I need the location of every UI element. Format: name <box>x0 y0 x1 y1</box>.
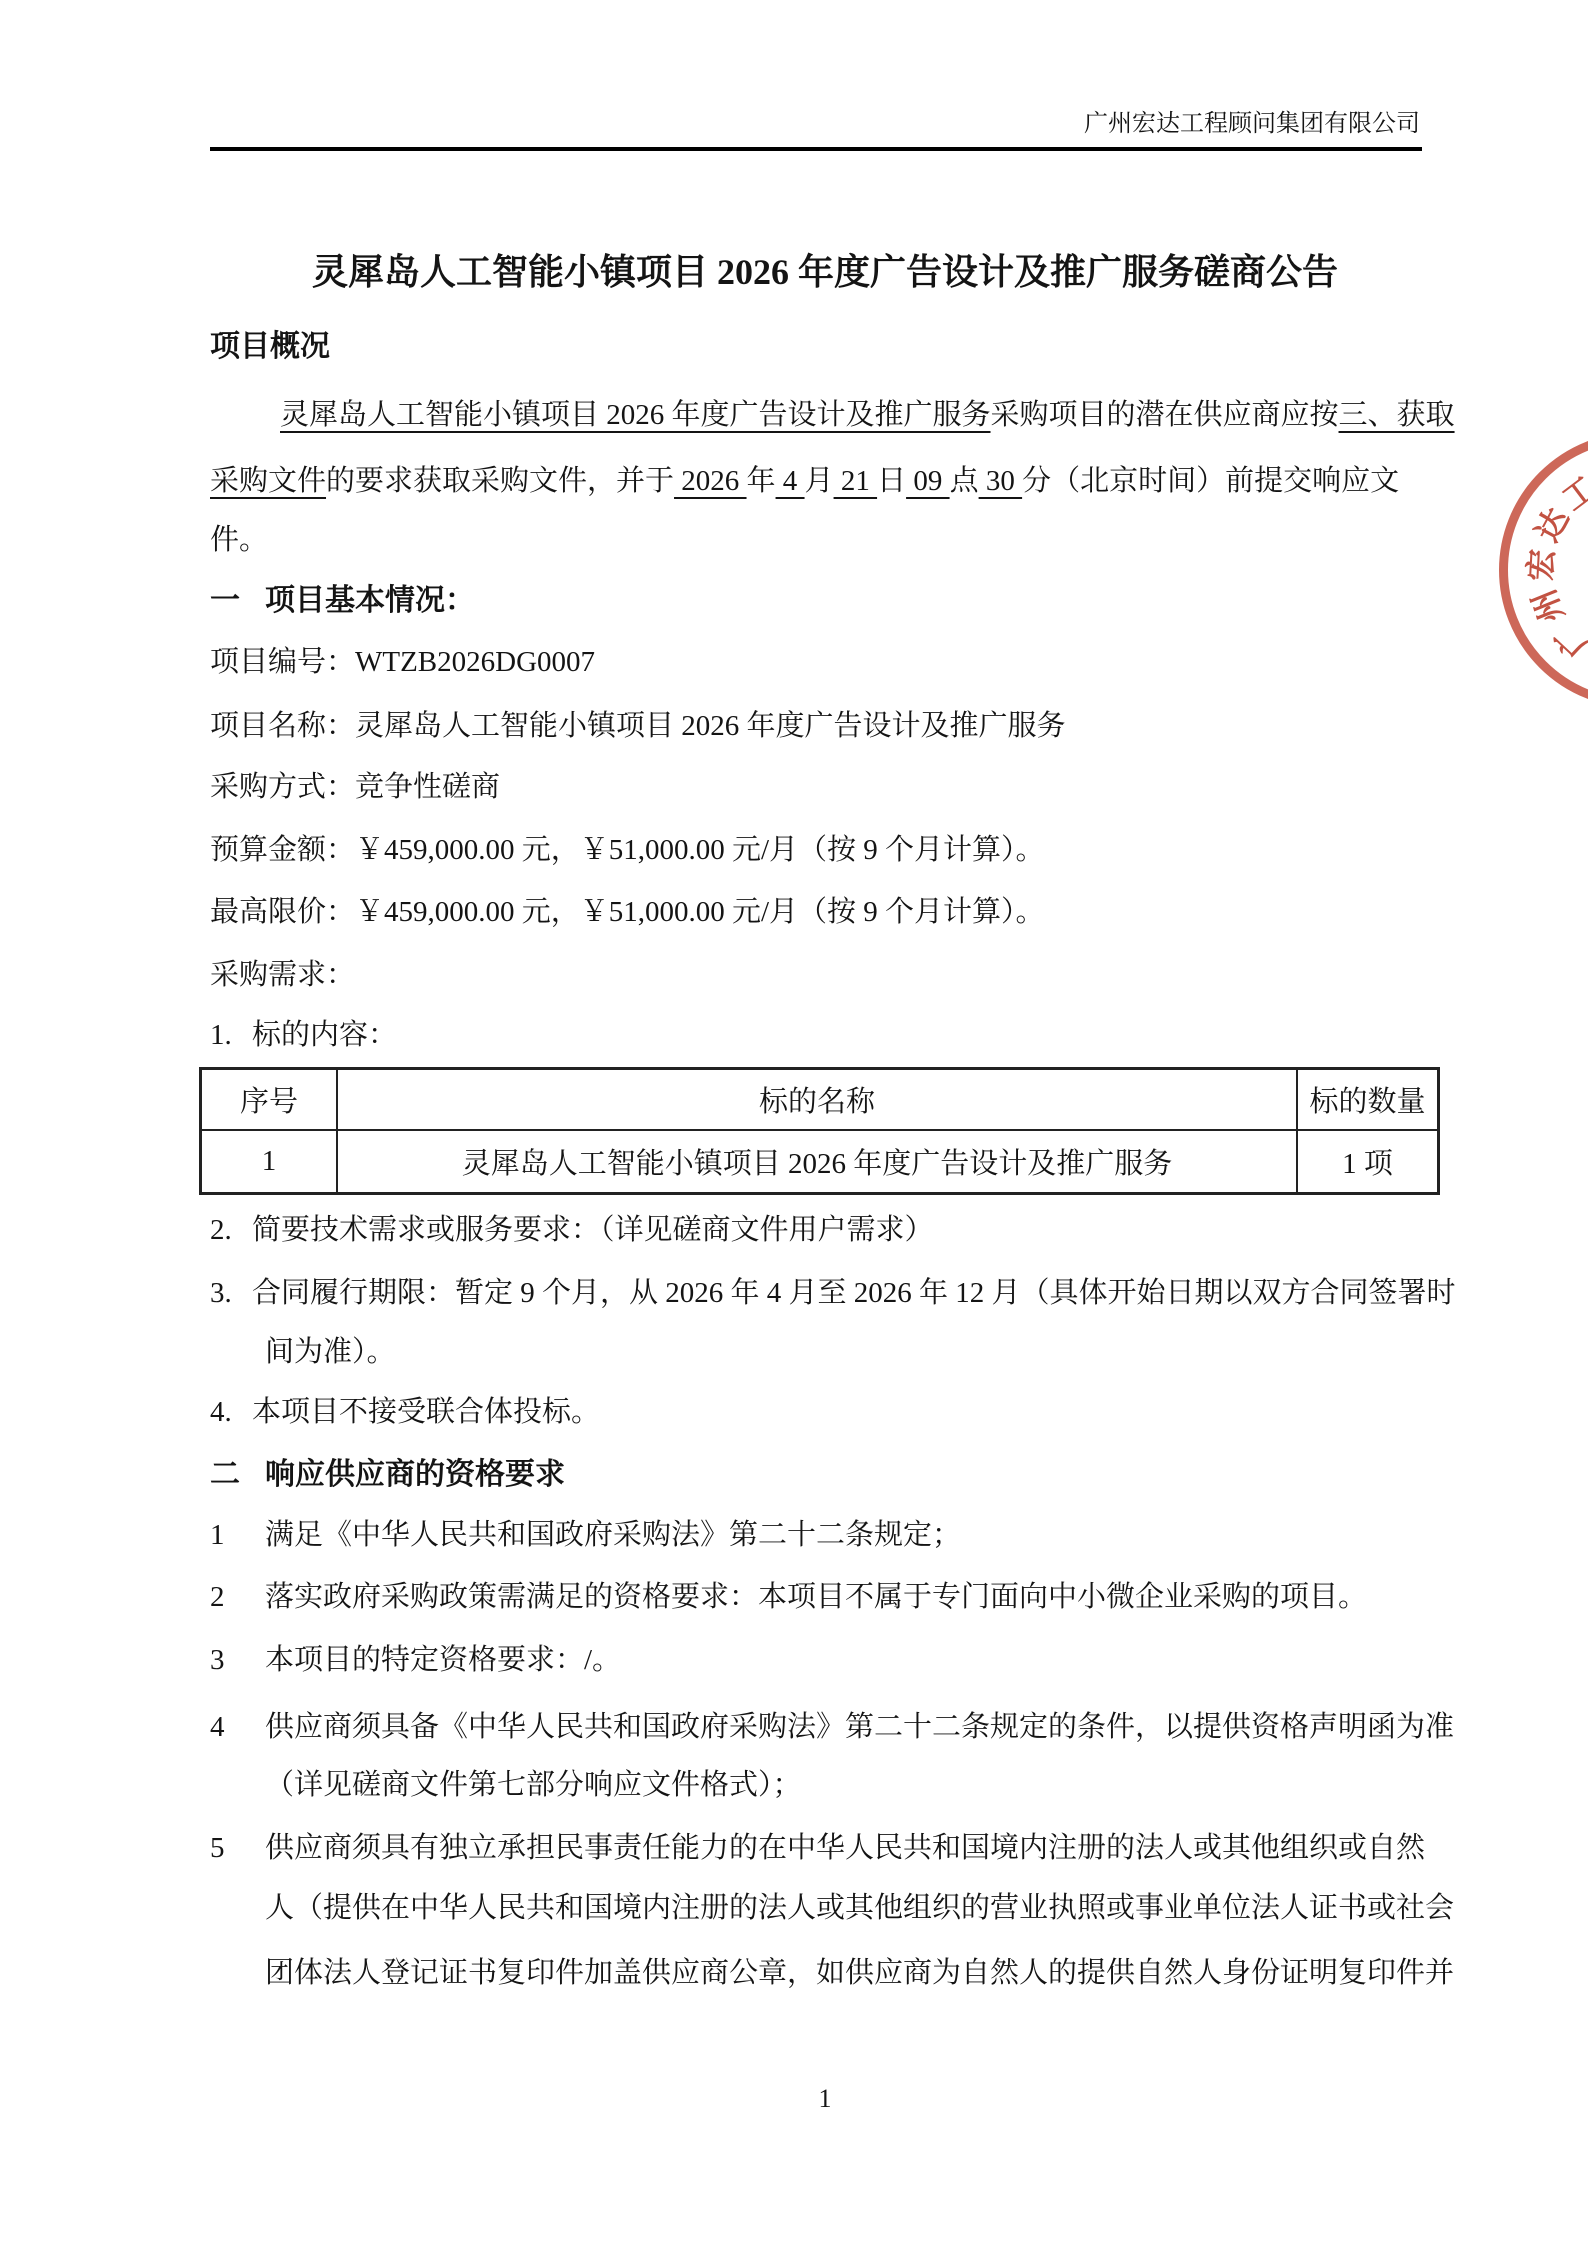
stamp-char: 宏 <box>1522 546 1560 584</box>
field-project-name: 项目名称：灵犀岛人工智能小镇项目 2026 年度广告设计及推广服务 <box>210 708 1066 744</box>
underline-segment: 采购文件 <box>210 465 326 497</box>
text-segment: 月 <box>805 465 834 497</box>
doc-title: 灵犀岛人工智能小镇项目 2026 年度广告设计及推广服务磋商公告 <box>210 250 1440 294</box>
underline-time-hour: 09 <box>906 465 950 497</box>
item-text: 简要技术需求或服务要求：（详见磋商文件用户需求） <box>252 1214 934 1246</box>
table-row: 1 灵犀岛人工智能小镇项目 2026 年度广告设计及推广服务 1 项 <box>201 1130 1439 1194</box>
overview-paragraph-line1: 灵犀岛人工智能小镇项目 2026 年度广告设计及推广服务采购项目的潜在供应商应按… <box>280 397 1455 433</box>
item-number: 2. <box>210 1212 252 1248</box>
item-number: 3 <box>210 1642 265 1678</box>
field-demand-label: 采购需求： <box>210 957 355 993</box>
section1-number: 一 <box>210 583 265 619</box>
item-text: 供应商须具有独立承担民事责任能力的在中华人民共和国境内注册的法人或其他组织或自然 <box>265 1832 1425 1864</box>
field-price-ceiling: 最高限价：￥459,000.00 元，￥51,000.00 元/月（按 9 个月… <box>210 894 1045 930</box>
qualification-item-5-continuation-1: 人（提供在中华人民共和国境内注册的法人或其他组织的营业执照或事业单位法人证书或社… <box>265 1890 1454 1926</box>
demand-item-3-continuation: 间为准）。 <box>265 1334 396 1370</box>
cell-name: 灵犀岛人工智能小镇项目 2026 年度广告设计及推广服务 <box>337 1130 1297 1194</box>
underline-segment: 三、获取 <box>1339 399 1455 431</box>
demand-item-3: 3.合同履行期限：暂定 9 个月，从 2026 年 4 月至 2026 年 12… <box>210 1275 1456 1311</box>
overview-heading: 项目概况 <box>210 329 330 365</box>
item-text: 本项目的特定资格要求：/。 <box>265 1644 621 1676</box>
underline-date-month: 4 <box>776 465 805 497</box>
bid-items-table: 序号 标的名称 标的数量 1 灵犀岛人工智能小镇项目 2026 年度广告设计及推… <box>199 1067 1440 1195</box>
company-stamp: 广 州 宏 达 工 程 <box>1499 432 1588 708</box>
col-header-index: 序号 <box>201 1069 338 1131</box>
page-number: 1 <box>210 2081 1440 2117</box>
cell-quantity: 1 项 <box>1297 1130 1439 1194</box>
qualification-item-1: 1满足《中华人民共和国政府采购法》第二十二条规定； <box>210 1517 961 1553</box>
item-text: 本项目不接受联合体投标。 <box>252 1396 600 1428</box>
item-text: 落实政府采购政策需满足的资格要求：本项目不属于专门面向中小微企业采购的项目。 <box>265 1581 1367 1613</box>
underline-segment: 灵犀岛人工智能小镇项目 2026 年度广告设计及推广服务 <box>280 399 991 431</box>
item-number: 5 <box>210 1830 265 1866</box>
section1-heading: 一项目基本情况： <box>210 583 475 619</box>
text-segment: 日 <box>877 465 906 497</box>
demand-item-1: 1.标的内容： <box>210 1017 397 1053</box>
qualification-item-5-continuation-2: 团体法人登记证书复印件加盖供应商公章，如供应商为自然人的提供自然人身份证明复印件… <box>265 1955 1454 1991</box>
table-header-row: 序号 标的名称 标的数量 <box>201 1069 1439 1131</box>
item-number: 4 <box>210 1709 265 1745</box>
item-number: 3. <box>210 1275 252 1311</box>
cell-index: 1 <box>201 1130 338 1194</box>
section1-heading-text: 项目基本情况： <box>265 584 475 617</box>
item-number: 2 <box>210 1579 265 1615</box>
demand-item-2: 2.简要技术需求或服务要求：（详见磋商文件用户需求） <box>210 1212 934 1248</box>
qualification-item-4: 4供应商须具备《中华人民共和国政府采购法》第二十二条规定的条件，以提供资格声明函… <box>210 1709 1454 1745</box>
col-header-name: 标的名称 <box>337 1069 1297 1131</box>
section2-heading-text: 响应供应商的资格要求 <box>265 1458 565 1491</box>
underline-date-year: 2026 <box>674 465 747 497</box>
overview-paragraph-line3: 件。 <box>210 522 268 558</box>
section2-heading: 二响应供应商的资格要求 <box>210 1457 565 1493</box>
section2-number: 二 <box>210 1457 265 1493</box>
item-number: 4. <box>210 1394 252 1430</box>
text-segment: 分（北京时间）前提交响应文 <box>1022 465 1399 497</box>
demand-item-4: 4.本项目不接受联合体投标。 <box>210 1394 600 1430</box>
item-text: 标的内容： <box>252 1019 397 1051</box>
text-segment: 年 <box>747 465 776 497</box>
field-project-code: 项目编号：WTZB2026DG0007 <box>210 644 595 680</box>
field-budget: 预算金额：￥459,000.00 元，￥51,000.00 元/月（按 9 个月… <box>210 832 1045 868</box>
item-text: 合同履行期限：暂定 9 个月，从 2026 年 4 月至 2026 年 12 月… <box>252 1277 1456 1309</box>
qualification-item-2: 2落实政府采购政策需满足的资格要求：本项目不属于专门面向中小微企业采购的项目。 <box>210 1579 1367 1615</box>
underline-time-minute: 30 <box>979 465 1023 497</box>
underline-date-day: 21 <box>834 465 878 497</box>
header-rule <box>210 147 1422 151</box>
text-segment: 的要求获取采购文件，并于 <box>326 465 674 497</box>
text-segment: 点 <box>950 465 979 497</box>
item-text: 满足《中华人民共和国政府采购法》第二十二条规定； <box>265 1519 961 1551</box>
document-page: 广州宏达工程顾问集团有限公司 灵犀岛人工智能小镇项目 2026 年度广告设计及推… <box>0 0 1588 2246</box>
field-procure-method: 采购方式：竞争性磋商 <box>210 769 500 805</box>
col-header-quantity: 标的数量 <box>1297 1069 1439 1131</box>
item-text: 供应商须具备《中华人民共和国政府采购法》第二十二条规定的条件，以提供资格声明函为… <box>265 1711 1454 1743</box>
item-number: 1. <box>210 1017 252 1053</box>
item-number: 1 <box>210 1517 265 1553</box>
overview-paragraph-line2: 采购文件的要求获取采购文件，并于 2026 年 4 月 21 日 09 点 30… <box>210 463 1399 499</box>
qualification-item-3: 3本项目的特定资格要求：/。 <box>210 1642 621 1678</box>
header-company-name: 广州宏达工程顾问集团有限公司 <box>1084 106 1420 142</box>
qualification-item-5: 5供应商须具有独立承担民事责任能力的在中华人民共和国境内注册的法人或其他组织或自… <box>210 1830 1425 1866</box>
qualification-item-4-continuation: （详见磋商文件第七部分响应文件格式）； <box>265 1767 802 1803</box>
text-segment: 采购项目的潜在供应商应按 <box>991 399 1339 431</box>
